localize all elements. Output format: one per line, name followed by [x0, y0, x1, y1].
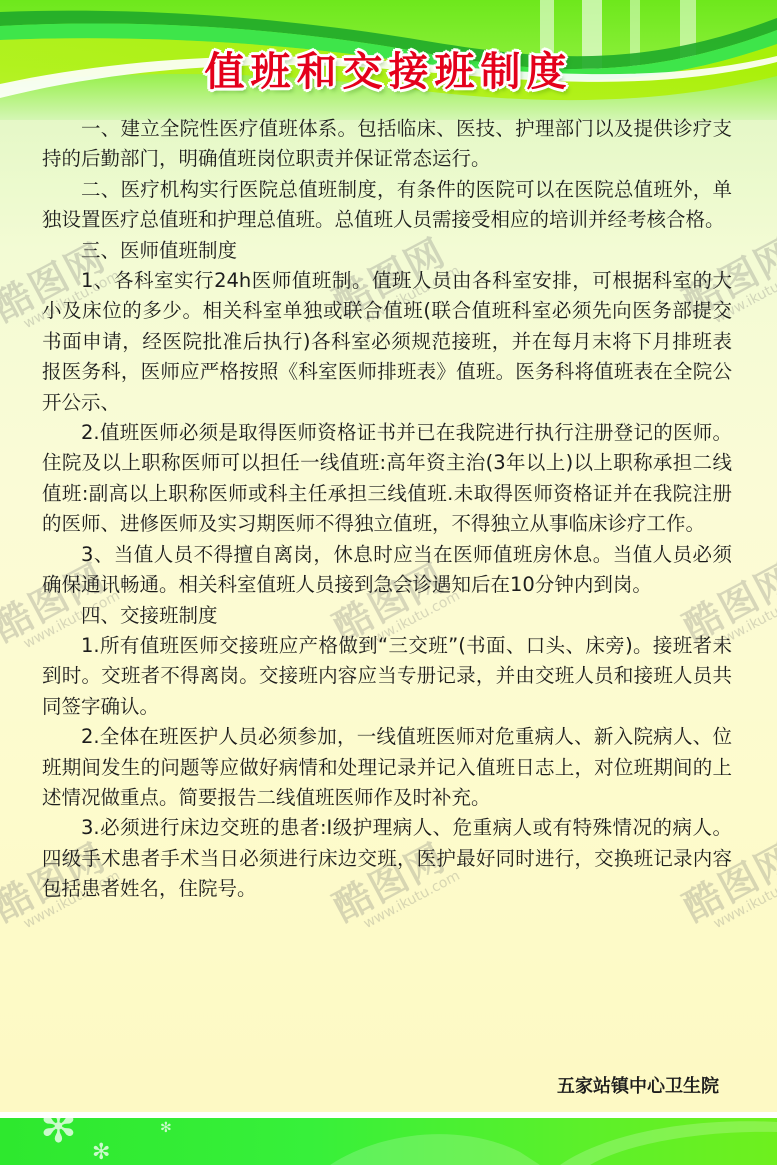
flower-icon: ✻ — [214, 1112, 229, 1121]
heading-handover: 四、交接班制度 — [42, 601, 732, 631]
heading-physician-duty: 三、医师值班制度 — [42, 236, 732, 266]
paragraph-4-2: 2.全体在班医护人员必须参加，一线值班医师对危重病人、新入院病人、位班期间发生的… — [42, 722, 732, 813]
paragraph-4-1: 1.所有值班医师交接班应产格做到“三交班”(书面、口头、床旁)。接班者未到时。交… — [42, 631, 732, 722]
paragraph-section-1: 一、建立全院性医疗值班体系。包括临床、医技、护理部门以及提供诊疗支持的后勤部门，… — [42, 114, 732, 175]
paragraph-3-2: 2.值班医师必须是取得医师资格证书并已在我院进行执行注册登记的医师。住院及以上职… — [42, 418, 732, 540]
footer-band: ✻ ✻ ✻ ✻ ✻ — [0, 1112, 777, 1165]
regulation-body: 一、建立全院性医疗值班体系。包括临床、医技、护理部门以及提供诊疗支持的后勤部门，… — [42, 114, 732, 905]
poster-title: 值班和交接班制度 — [0, 40, 777, 97]
header-banner: 值班和交接班制度 — [0, 0, 777, 120]
paragraph-3-3: 3、当值人员不得擅自离岗，休息时应当在医师值班房休息。当值人员必须确保通讯畅通。… — [42, 540, 732, 601]
paragraph-section-2: 二、医疗机构实行医院总值班制度，有条件的医院可以在医院总值班外，单独设置医疗总值… — [42, 175, 732, 236]
flower-icon: ✻ — [140, 1112, 158, 1119]
footer-swoosh-decoration — [0, 1112, 777, 1165]
flower-icon: ✻ — [160, 1120, 172, 1136]
hospital-signature: 五家站镇中心卫生院 — [557, 1072, 719, 1098]
flower-icon: ✻ — [92, 1140, 110, 1165]
paragraph-4-3: 3.必须进行床边交班的患者:I级护理病人、危重病人或有特殊情况的病人。四级手术患… — [42, 813, 732, 904]
flower-icon: ✻ — [40, 1112, 77, 1153]
paragraph-3-1: 1、各科室实行24h医师值班制。值班人员由各科室安排，可根据科室的大小及床位的多… — [42, 266, 732, 418]
